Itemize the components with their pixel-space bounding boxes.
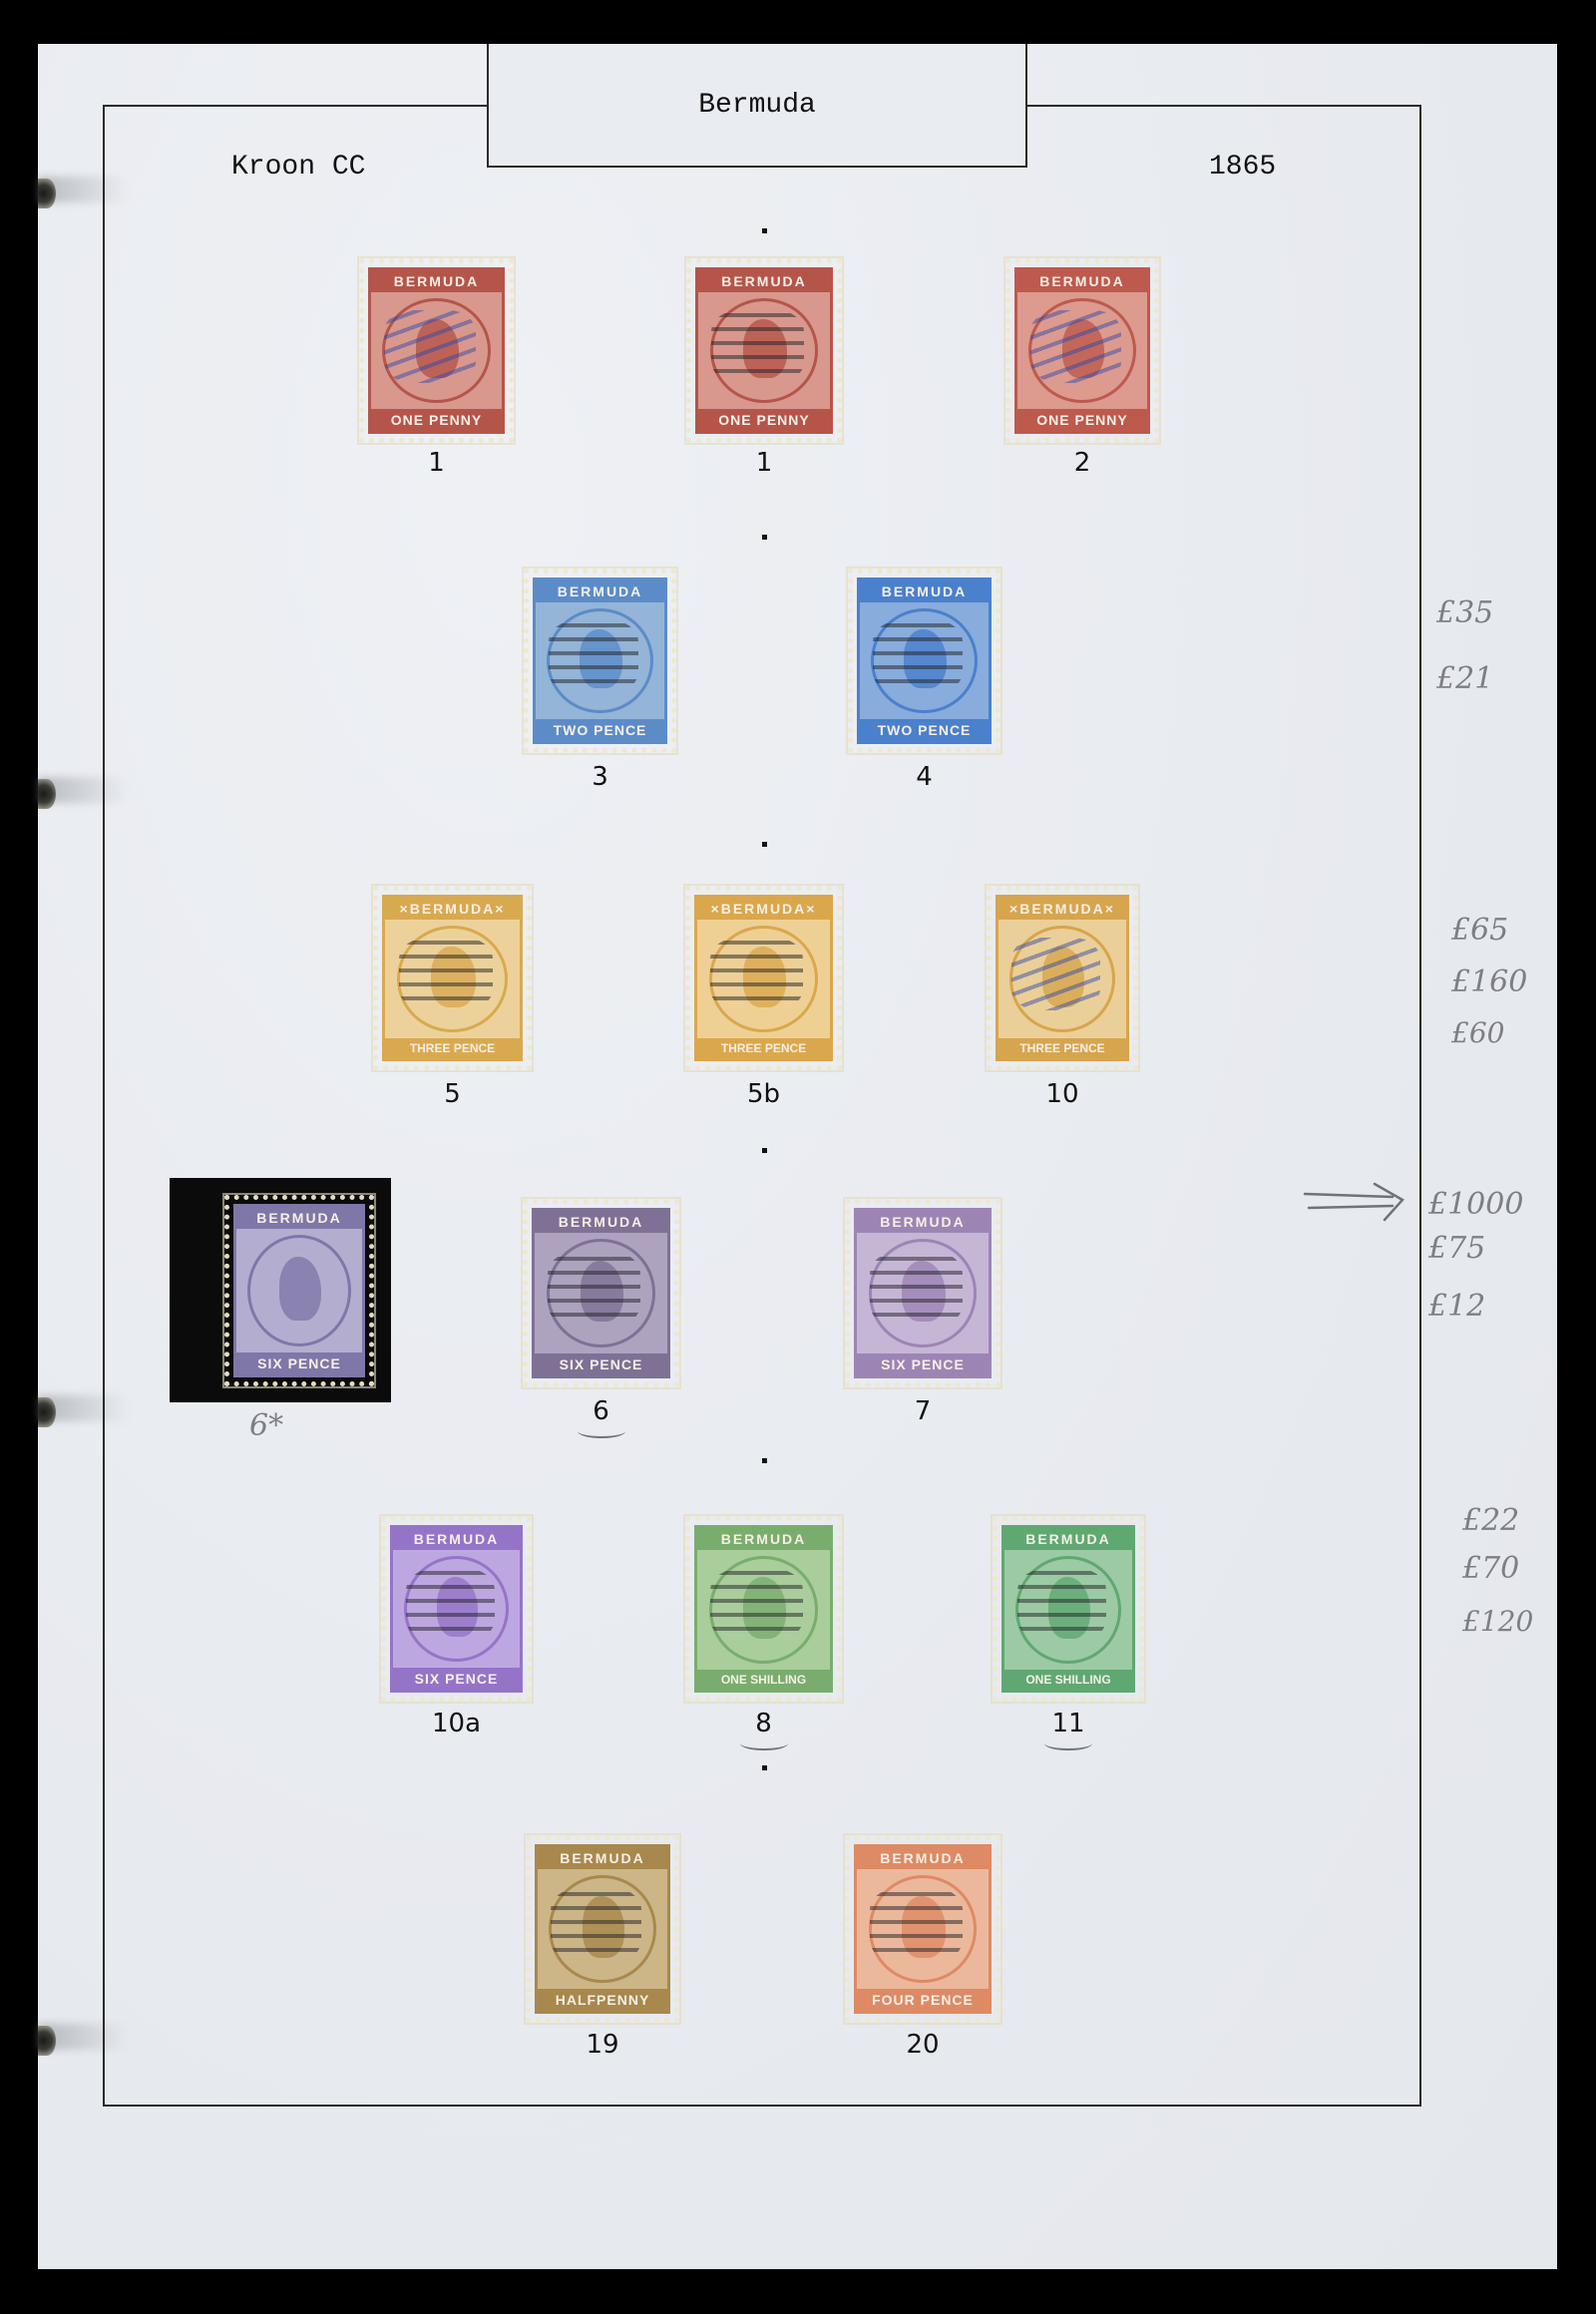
- stamp-design: BERMUDASIX PENCE: [854, 1208, 992, 1378]
- stamp-value-text: SIX PENCE: [393, 1668, 520, 1690]
- stamp-value-text: ONE SHILLING: [1004, 1670, 1132, 1690]
- stamp-country-text: ×BERMUDA×: [697, 898, 830, 920]
- stamp-country-text: BERMUDA: [1017, 270, 1147, 292]
- stamp-s2[interactable]: BERMUDAONE PENNY: [1005, 258, 1159, 443]
- postmark-cancel: [870, 1888, 962, 1962]
- catalog-number-label: 5: [393, 1079, 513, 1109]
- catalog-number-label: 4: [865, 762, 985, 792]
- issue-year: 1865: [1209, 152, 1276, 183]
- price-annotation: £160: [1451, 964, 1527, 999]
- row-separator-dot: [762, 535, 767, 540]
- stamp-design: BERMUDAONE SHILLING: [1001, 1525, 1135, 1693]
- catalog-number-label: 5b: [704, 1079, 824, 1109]
- stamp-value-text: ONE PENNY: [698, 409, 830, 431]
- postmark-cancel: [1011, 938, 1101, 1009]
- catalog-number-label: 11: [1008, 1709, 1128, 1738]
- stamp-s8[interactable]: BERMUDAONE SHILLING: [685, 1516, 842, 1702]
- stamp-country-text: BERMUDA: [535, 1211, 667, 1233]
- pencil-underline: [740, 1736, 788, 1750]
- stamp-country-text: BERMUDA: [697, 1528, 830, 1550]
- stamp-s1b[interactable]: BERMUDAONE PENNY: [686, 258, 842, 443]
- postmark-cancel: [1030, 310, 1121, 382]
- postmark-cancel: [873, 620, 963, 692]
- stamp-design: BERMUDAFOUR PENCE: [854, 1844, 992, 2014]
- postmark-cancel: [384, 310, 476, 382]
- postmark-cancel: [711, 310, 803, 382]
- binder-ring-icon: [38, 779, 56, 809]
- stamp-s11[interactable]: BERMUDAONE SHILLING: [993, 1516, 1144, 1702]
- stamp-country-text: BERMUDA: [393, 1528, 520, 1550]
- stamp-country-text: BERMUDA: [857, 1847, 989, 1869]
- stamp-design: BERMUDAHALFPENNY: [535, 1844, 670, 2014]
- stamp-s7[interactable]: BERMUDASIX PENCE: [845, 1199, 1000, 1387]
- postmark-cancel: [399, 938, 494, 1009]
- catalog-number-label: 8: [704, 1709, 824, 1738]
- stamp-s19[interactable]: BERMUDAHALFPENNY: [526, 1835, 679, 2023]
- stamp-design: BERMUDAONE PENNY: [695, 267, 833, 434]
- price-annotation: £22: [1462, 1503, 1519, 1538]
- row-separator-dot: [762, 228, 767, 233]
- row-separator-dot: [762, 1458, 767, 1463]
- stamp-country-text: BERMUDA: [698, 270, 830, 292]
- catalog-number-label: 6: [542, 1396, 661, 1426]
- stamp-country-text: BERMUDA: [236, 1207, 362, 1229]
- stamp-value-text: SIX PENCE: [236, 1352, 362, 1374]
- catalog-number-label: 1: [704, 448, 824, 478]
- stamp-value-text: THREE PENCE: [998, 1038, 1126, 1058]
- stamp-design: ×BERMUDA×THREE PENCE: [996, 895, 1129, 1061]
- price-annotation: £35: [1436, 595, 1493, 630]
- row-separator-dot: [762, 1148, 767, 1153]
- binder-ring-icon: [38, 2026, 56, 2056]
- stamp-design: BERMUDAONE SHILLING: [694, 1525, 833, 1693]
- stamp-s20[interactable]: BERMUDAFOUR PENCE: [845, 1835, 1000, 2023]
- queen-head-icon: [279, 1257, 320, 1321]
- catalog-number-label: 1: [377, 448, 497, 478]
- catalog-number-label: 20: [863, 2030, 983, 2060]
- stamp-country-text: ×BERMUDA×: [998, 898, 1126, 920]
- catalog-number-label: 3: [541, 762, 660, 792]
- stamp-value-text: ONE SHILLING: [697, 1670, 830, 1690]
- stamp-s6star[interactable]: BERMUDASIX PENCE: [224, 1195, 374, 1386]
- stamp-s5b[interactable]: ×BERMUDA×THREE PENCE: [685, 886, 842, 1070]
- stamp-country-text: BERMUDA: [860, 580, 989, 602]
- catalog-number-label: 10: [1002, 1079, 1122, 1109]
- price-annotation: £21: [1436, 661, 1493, 696]
- stamp-value-text: HALFPENNY: [538, 1989, 667, 2011]
- price-annotation: £120: [1462, 1605, 1533, 1638]
- stamp-s3[interactable]: BERMUDATWO PENCE: [524, 569, 676, 753]
- queen-portrait: [247, 1235, 351, 1347]
- stamp-country-text: ×BERMUDA×: [385, 898, 520, 920]
- stamp-s5[interactable]: ×BERMUDA×THREE PENCE: [373, 886, 532, 1070]
- stamp-value-text: FOUR PENCE: [857, 1989, 989, 2011]
- stamp-design: ×BERMUDA×THREE PENCE: [382, 895, 523, 1061]
- price-annotation: £1000: [1428, 1187, 1523, 1222]
- catalog-number-label: 19: [543, 2030, 662, 2060]
- watermark-label: Kroon CC: [231, 152, 365, 183]
- arrow-icon: [1303, 1180, 1410, 1224]
- catalog-number-label: 6*: [249, 1408, 283, 1443]
- stamp-value-text: TWO PENCE: [860, 719, 989, 741]
- stamp-design: BERMUDATWO PENCE: [857, 578, 992, 744]
- row-separator-dot: [762, 842, 767, 847]
- catalog-number-label: 10a: [397, 1709, 517, 1738]
- stamp-value-text: ONE PENNY: [371, 409, 502, 431]
- stamp-value-text: THREE PENCE: [385, 1038, 520, 1058]
- page-title: Bermuda: [487, 44, 1027, 168]
- price-annotation: £12: [1428, 1289, 1485, 1324]
- catalog-number-label: 7: [863, 1396, 983, 1426]
- catalog-number-label: 2: [1022, 448, 1142, 478]
- postmark-cancel: [548, 1252, 640, 1326]
- binder-ring-icon: [38, 1397, 56, 1427]
- stamp-country-text: BERMUDA: [536, 580, 664, 602]
- postmark-cancel: [406, 1569, 495, 1642]
- stamp-s6[interactable]: BERMUDASIX PENCE: [523, 1199, 679, 1387]
- stamp-design: BERMUDAONE PENNY: [368, 267, 505, 434]
- price-annotation: £65: [1451, 913, 1508, 948]
- price-annotation: £60: [1451, 1016, 1504, 1049]
- stamp-value-text: SIX PENCE: [857, 1353, 989, 1375]
- price-annotation: £70: [1462, 1551, 1519, 1586]
- stamp-country-text: BERMUDA: [857, 1211, 989, 1233]
- binder-ring-icon: [38, 179, 56, 208]
- stamp-design: ×BERMUDA×THREE PENCE: [694, 895, 833, 1061]
- postmark-cancel: [1017, 1569, 1107, 1642]
- postmark-cancel: [710, 1569, 803, 1642]
- stamp-s10[interactable]: ×BERMUDA×THREE PENCE: [987, 886, 1138, 1070]
- pencil-underline: [578, 1424, 625, 1438]
- stamp-design: BERMUDAONE PENNY: [1014, 267, 1150, 434]
- stamp-value-text: ONE PENNY: [1017, 409, 1147, 431]
- stamp-value-text: THREE PENCE: [697, 1038, 830, 1058]
- postmark-cancel: [870, 1252, 962, 1326]
- stamp-country-text: BERMUDA: [1004, 1528, 1132, 1550]
- postmark-cancel: [710, 938, 803, 1009]
- stamp-value-text: SIX PENCE: [535, 1353, 667, 1375]
- stamp-design: BERMUDATWO PENCE: [533, 578, 667, 744]
- stamp-design: BERMUDASIX PENCE: [233, 1204, 365, 1377]
- postmark-cancel: [549, 620, 638, 692]
- stamp-value-text: TWO PENCE: [536, 719, 664, 741]
- stamp-s1a[interactable]: BERMUDAONE PENNY: [359, 258, 514, 443]
- stamp-s4[interactable]: BERMUDATWO PENCE: [848, 569, 1000, 753]
- stamp-s10a[interactable]: BERMUDASIX PENCE: [381, 1516, 532, 1702]
- stamp-design: BERMUDASIX PENCE: [532, 1208, 670, 1378]
- stamp-country-text: BERMUDA: [371, 270, 502, 292]
- row-separator-dot: [762, 1765, 767, 1770]
- price-annotation: £75: [1428, 1231, 1485, 1266]
- stamp-country-text: BERMUDA: [538, 1847, 667, 1869]
- pencil-underline: [1044, 1736, 1092, 1750]
- stamp-design: BERMUDASIX PENCE: [390, 1525, 523, 1693]
- postmark-cancel: [551, 1888, 641, 1962]
